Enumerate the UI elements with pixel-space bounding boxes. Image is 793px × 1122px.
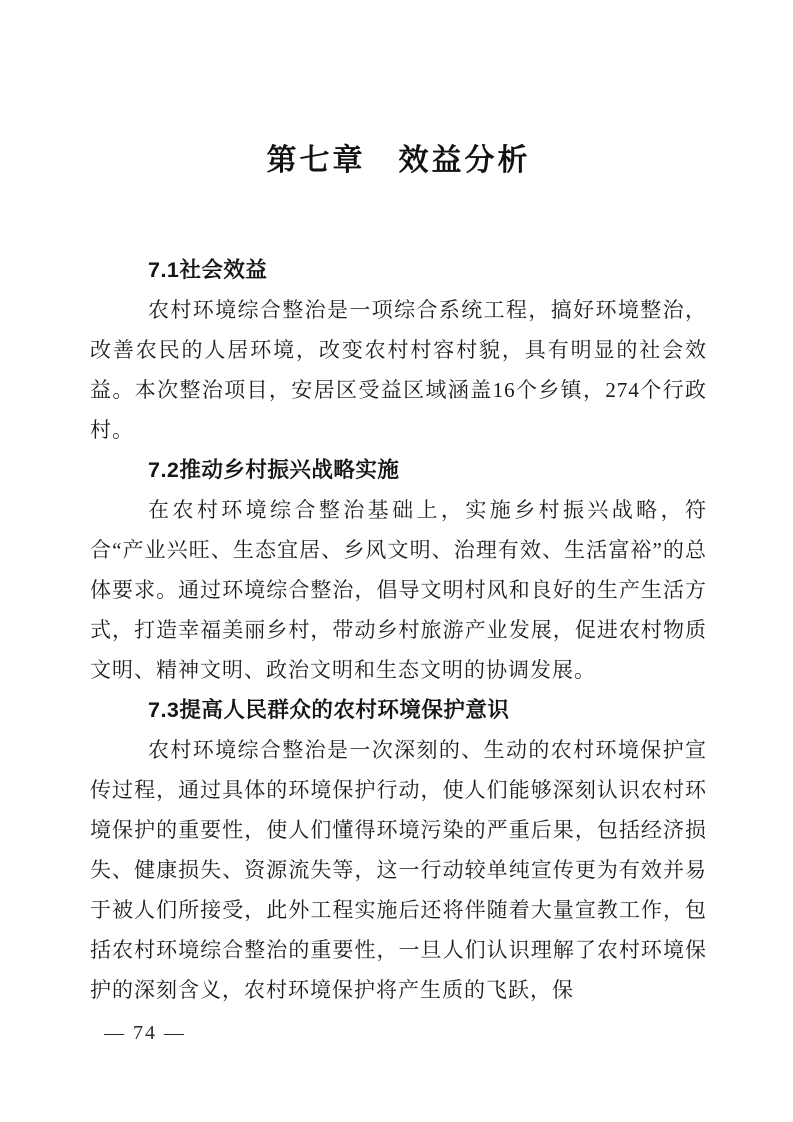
document-page: 第七章 效益分析 7.1社会效益 农村环境综合整治是一项综合系统工程，搞好环境整… — [0, 0, 793, 1122]
section-7-1-paragraph: 农村环境综合整治是一项综合系统工程，搞好环境整治，改善农民的人居环境，改变农村村… — [90, 290, 707, 450]
page-title: 第七章 效益分析 — [90, 138, 707, 184]
section-7-3-paragraph: 农村环境综合整治是一次深刻的、生动的农村环境保护宣传过程，通过具体的环境保护行动… — [90, 730, 707, 1010]
page-number: — 74 — — [104, 1022, 186, 1045]
section-heading-7-2: 7.2推动乡村振兴战略实施 — [90, 450, 707, 490]
section-heading-7-3: 7.3提高人民群众的农村环境保护意识 — [90, 690, 707, 730]
section-heading-7-1: 7.1社会效益 — [90, 250, 707, 290]
section-7-2-paragraph: 在农村环境综合整治基础上，实施乡村振兴战略，符合“产业兴旺、生态宜居、乡风文明、… — [90, 490, 707, 690]
document-body: 7.1社会效益 农村环境综合整治是一项综合系统工程，搞好环境整治，改善农民的人居… — [90, 250, 707, 1010]
